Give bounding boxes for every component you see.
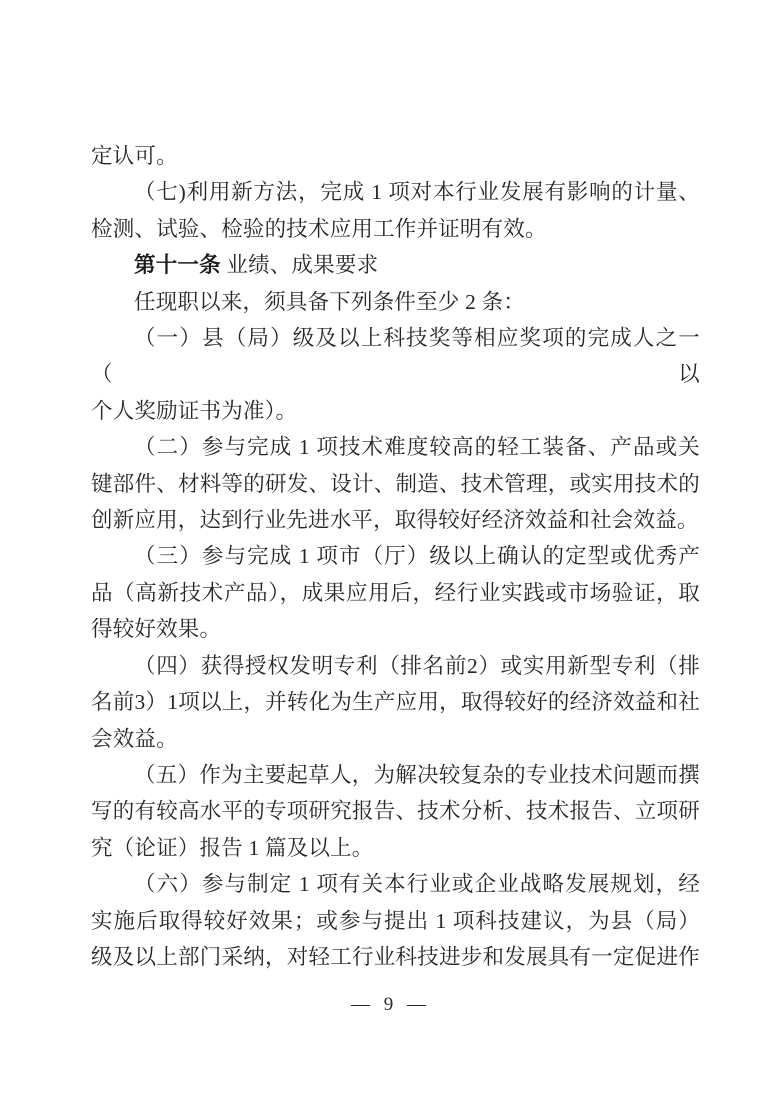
text-line: 个人奖励证书为准）。 — [91, 393, 700, 429]
text-line: 定认可。 — [91, 138, 700, 174]
text-line: （三）参与完成 1 项市（厅）级以上确认的定型或优秀产 — [91, 538, 700, 574]
text-line: 创新应用，达到行业先进水平，取得较好经济效益和社会效益。 — [91, 502, 700, 538]
text-line: 检测、试验、检验的技术应用工作并证明有效。 — [91, 211, 700, 247]
heading-line: 第十一条 业绩、成果要求 — [91, 247, 700, 283]
page-number: — 9 — — [0, 992, 777, 1018]
text-line: （四）获得授权发明专利（排名前2）或实用新型专利（排 — [91, 648, 700, 684]
text-line: （六）参与制定 1 项有关本行业或企业战略发展规划，经 — [91, 866, 700, 902]
text-line: （五）作为主要起草人，为解决较复杂的专业技术问题而撰 — [91, 757, 700, 793]
text-line: 级及以上部门采纳，对轻工行业科技进步和发展具有一定促进作 — [91, 939, 700, 975]
text-line: 名前3）1项以上，并转化为生产应用，取得较好的经济效益和社 — [91, 684, 700, 720]
text-line: （七)利用新方法，完成 1 项对本行业发展有影响的计量、 — [91, 174, 700, 210]
text-line: 键部件、材料等的研发、设计、制造、技术管理，或实用技术的 — [91, 466, 700, 502]
text-line: 品（高新技术产品），成果应用后，经行业实践或市场验证，取 — [91, 575, 700, 611]
text-line: （二）参与完成 1 项技术难度较高的轻工装备、产品或关 — [91, 429, 700, 465]
text-line: 究（论证）报告 1 篇及以上。 — [91, 830, 700, 866]
text-line: （一）县（局）级及以上科技奖等相应奖项的完成人之一（以 — [91, 320, 700, 393]
text-line: 任现职以来，须具备下列条件至少 2 条： — [91, 284, 700, 320]
text-line: 得较好效果。 — [91, 611, 700, 647]
text-line: 会效益。 — [91, 721, 700, 757]
article-number-bold: 第十一条 — [134, 253, 221, 277]
text-line: 写的有较高水平的专项研究报告、技术分析、技术报告、立项研 — [91, 793, 700, 829]
text-line: 实施后取得较好效果；或参与提出 1 项科技建议，为县（局） — [91, 903, 700, 939]
document-page: 定认可。（七)利用新方法，完成 1 项对本行业发展有影响的计量、检测、试验、检验… — [0, 0, 777, 1099]
document-body: 定认可。（七)利用新方法，完成 1 项对本行业发展有影响的计量、检测、试验、检验… — [91, 138, 700, 975]
